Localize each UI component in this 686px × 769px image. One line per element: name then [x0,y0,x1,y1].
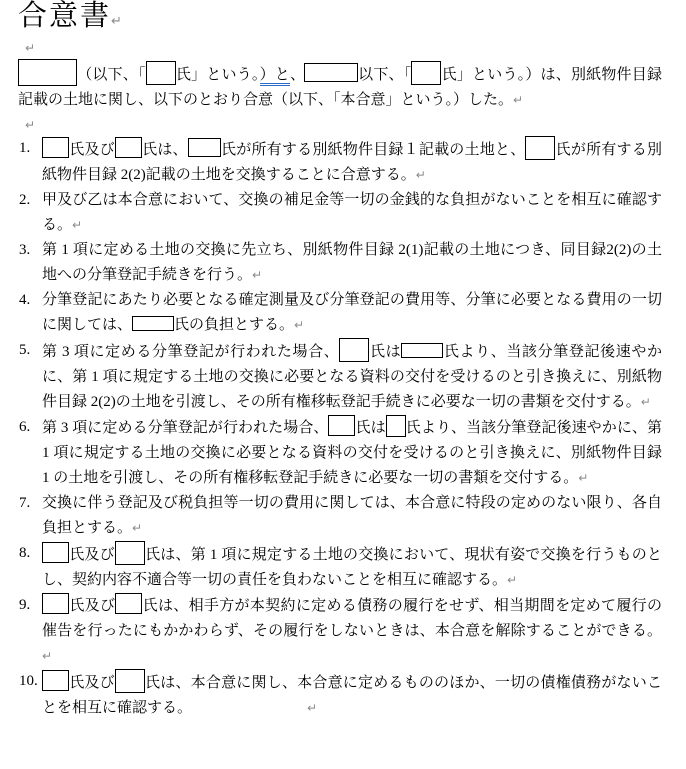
clause-number: 5. [18,338,42,415]
pilcrow-icon: ↵ [252,268,262,282]
redaction-box [386,415,406,437]
intro-paragraph: （以下、「氏」という。）と、（以下、「氏」という。）は、別紙物件目録記載の土地に… [18,59,662,113]
redaction-box [146,61,176,85]
redaction-box [18,59,77,86]
clause-item: 7.交換に伴う登記及び税負担等一切の費用に関しては、本合意に特段の定めのない限り… [18,491,662,541]
text-run: 氏は [369,344,401,360]
clause-item: 3.第 1 項に定める土地の交換に先立ち、別紙物件目録 2(1)記載の土地につき… [18,238,662,288]
clause-item: 6.第 3 項に定める分筆登記が行われた場合、氏は氏より、当該分筆登記後速やかに… [18,415,662,491]
redaction-box [328,415,355,436]
pilcrow-icon: ↵ [294,318,304,332]
title-line: 合意書↵ [18,4,662,34]
text-run: 氏及び [69,598,115,614]
text-run: 氏及び [69,547,115,563]
text-run: 氏が所有する別紙物件目録１記載の土地と、 [221,142,526,158]
clause-text: 甲及び乙は本合意において、交換の補足金等一切の金銭的な負担がないことを相互に確認… [42,188,662,238]
text-run: 氏の負担とする。 [174,317,294,333]
clause-text: 第 3 項に定める分筆登記が行われた場合、氏は氏より、当該分筆登記後速やかに、第… [42,338,662,415]
pilcrow-icon: ↵ [72,218,82,232]
clause-item: 2.甲及び乙は本合意において、交換の補足金等一切の金銭的な負担がないことを相互に… [18,188,662,238]
pilcrow-icon: ↵ [111,14,122,29]
text-run: 甲及び乙は本合意において、交換の補足金等一切の金銭的な負担がないことを相互に確認… [42,192,662,233]
clause-number: 6. [18,415,42,491]
clause-text: 氏及び氏は、第 1 項に規定する土地の交換において、現状有姿で交換を行うものとし… [42,541,662,593]
clause-list: 1.氏及び氏は、氏が所有する別紙物件目録１記載の土地と、氏が所有する別紙物件目録… [18,136,662,721]
redaction-box [411,61,441,85]
clause-text: 氏及び氏は、氏が所有する別紙物件目録１記載の土地と、氏が所有する別紙物件目録 2… [42,136,662,188]
text-run: 氏及び [69,675,115,691]
text-run: 第 1 項に定める土地の交換に先立ち、別紙物件目録 2(1)記載の土地につき、同… [42,242,662,283]
redaction-box [42,670,69,691]
redaction-box [115,541,145,565]
clause-text: 第 1 項に定める土地の交換に先立ち、別紙物件目録 2(1)記載の土地につき、同… [42,238,662,288]
clause-number: 7. [18,491,42,541]
text-run: 第 3 項に定める分筆登記が行われた場合、 [42,420,328,436]
document-title: 合意書 [18,0,111,32]
pilcrow-icon: ↵ [578,471,588,485]
redaction-box [115,593,142,614]
clause-item: 5.第 3 項に定める分筆登記が行われた場合、氏は氏より、当該分筆登記後速やかに… [18,338,662,415]
clause-text: 第 3 項に定める分筆登記が行われた場合、氏は氏より、当該分筆登記後速やかに、第… [42,415,662,491]
grammar-underlined-text: ）と [260,67,290,86]
redaction-box [42,137,69,158]
clause-item: 4.分筆登記にあたり必要となる確定測量及び分筆登記の費用等、分筆に必要となる費用… [18,288,662,338]
clause-item: 10.氏及び氏は、本合意に関し、本合意に定めるもののほか、一切の債権債務がないこ… [18,669,662,721]
clause-number: 4. [18,288,42,338]
text-run: 第 3 項に定める分筆登記が行われた場合、 [42,344,339,360]
pilcrow-icon: ↵ [307,701,317,715]
redaction-box [115,137,142,158]
document-page[interactable]: 合意書↵ ↵ （以下、「氏」という。）と、（以下、「氏」という。）は、別紙物件目… [0,0,686,721]
clause-text: 分筆登記にあたり必要となる確定測量及び分筆登記の費用等、分筆に必要となる費用の一… [42,288,662,338]
clause-number: 8. [18,541,42,593]
text-run: 氏」という。 [176,67,260,83]
clause-item: 9.氏及び氏は、相手方が本契約に定める債務の履行をせず、相当期間を定めて履行の催… [18,593,662,669]
clause-number: 2. [18,188,42,238]
redaction-box [188,138,221,157]
pilcrow-icon: ↵ [42,649,52,663]
clause-text: 氏及び氏は、本合意に関し、本合意に定めるもののほか、一切の債権債務がないことを相… [42,669,662,721]
clause-number: 9. [18,593,42,669]
redaction-box [115,669,145,693]
empty-paragraph: ↵ [18,113,662,136]
redaction-box [304,63,358,82]
empty-paragraph: ↵ [18,36,662,59]
clause-number: 3. [18,238,42,288]
redaction-box [132,316,174,331]
pilcrow-icon: ↵ [641,395,651,409]
redaction-box [401,343,443,358]
text-run: 以下、「 [358,67,412,83]
clause-text: 氏及び氏は、相手方が本契約に定める債務の履行をせず、相当期間を定めて履行の催告を… [42,593,662,669]
pilcrow-icon: ↵ [513,93,523,107]
text-run: 氏は、 [142,142,188,158]
clause-number: 10. [18,669,42,721]
pilcrow-icon: ↵ [416,168,426,182]
text-run: （以下、「 [77,67,146,83]
pilcrow-icon: ↵ [25,118,35,132]
text-run: 氏は [355,420,385,436]
redaction-box [525,136,555,160]
redaction-box [339,338,369,362]
pilcrow-icon: ↵ [507,573,517,587]
redaction-box [42,542,69,563]
redaction-box [42,593,69,614]
clause-item: 8.氏及び氏は、第 1 項に規定する土地の交換において、現状有姿で交換を行うもの… [18,541,662,593]
text-run: 氏及び [69,142,115,158]
pilcrow-icon: ↵ [132,521,142,535]
clause-text: 交換に伴う登記及び税負担等一切の費用に関しては、本合意に特段の定めのない限り、各… [42,491,662,541]
clause-item: 1.氏及び氏は、氏が所有する別紙物件目録１記載の土地と、氏が所有する別紙物件目録… [18,136,662,188]
clause-number: 1. [18,136,42,188]
pilcrow-icon: ↵ [25,41,35,55]
